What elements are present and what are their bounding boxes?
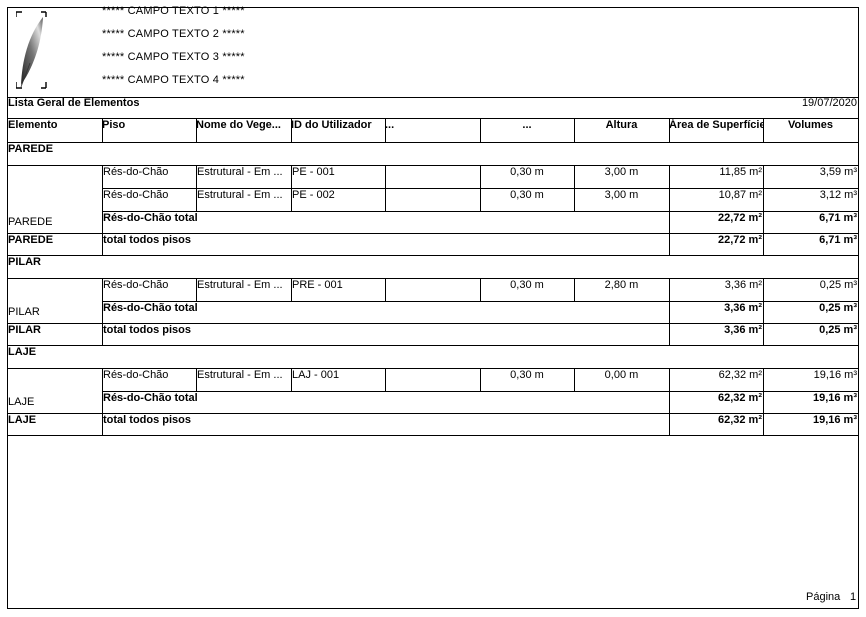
cell-espessura: 0,30 m: [480, 369, 574, 382]
cell-piso: Rés-do-Chão: [103, 166, 196, 179]
grand-total-area: 22,72 m²: [670, 234, 762, 247]
rule-line: [669, 165, 670, 189]
rule-line: [669, 391, 670, 414]
rule-line: [763, 118, 764, 143]
grand-total-label: total todos pisos: [103, 234, 191, 247]
cell-piso: Rés-do-Chão: [103, 279, 196, 292]
grand-total-area: 62,32 m²: [670, 414, 762, 427]
floor-total-label: Rés-do-Chão total: [103, 392, 198, 405]
rule-line: [763, 301, 764, 324]
cell-altura: 3,00 m: [574, 189, 669, 202]
rule-line: [763, 278, 764, 302]
rule-line: [480, 278, 481, 302]
column-header: Elemento: [8, 119, 102, 132]
floor-total-element: PAREDE: [8, 216, 52, 229]
page-label: Página: [806, 591, 840, 604]
cell-piso: Rés-do-Chão: [103, 189, 196, 202]
rule-line: [291, 165, 292, 189]
rule-line: [102, 413, 103, 436]
rule-line: [574, 165, 575, 189]
cell-piso: Rés-do-Chão: [103, 369, 196, 382]
page-number: 1: [850, 591, 856, 604]
header-text-field-3: ***** CAMPO TEXTO 3 *****: [102, 51, 245, 64]
rule-line: [385, 165, 386, 189]
floor-total-element: PILAR: [8, 306, 40, 319]
header-text-field-2: ***** CAMPO TEXTO 2 *****: [102, 28, 245, 41]
report-date: 19/07/2020: [700, 97, 857, 110]
rule-line: [763, 391, 764, 414]
rule-line: [763, 233, 764, 256]
rule-line: [669, 323, 670, 346]
cell-volume: 3,59 m³: [764, 166, 857, 179]
rule-line: [102, 233, 103, 256]
cell-nome: Estrutural - Em ...: [197, 166, 291, 179]
group-header: LAJE: [8, 346, 36, 359]
cell-volume: 3,12 m³: [764, 189, 857, 202]
rule-line: [669, 278, 670, 302]
column-header: Piso: [102, 119, 196, 132]
rule-line: [385, 118, 386, 143]
cell-id: PRE - 001: [292, 279, 385, 292]
rule-line: [385, 368, 386, 392]
rule-line: [196, 188, 197, 212]
column-header: Nome do Vege...: [196, 119, 291, 132]
rule-line: [102, 368, 103, 414]
grand-total-volume: 0,25 m³: [764, 324, 857, 337]
rule-line: [669, 118, 670, 143]
rule-line: [763, 413, 764, 436]
rule-line: [196, 118, 197, 143]
column-header: ...: [385, 119, 480, 132]
rule-line: [7, 142, 859, 143]
feather-quill-icon: [16, 11, 47, 89]
grand-total-volume: 6,71 m³: [764, 234, 857, 247]
rule-line: [763, 211, 764, 234]
rule-line: [669, 188, 670, 212]
rule-line: [669, 301, 670, 324]
column-header: ID do Utilizador: [291, 119, 385, 132]
rule-line: [669, 413, 670, 436]
rule-line: [291, 368, 292, 392]
cell-area: 10,87 m²: [670, 189, 762, 202]
column-header: ...: [480, 119, 574, 132]
cell-volume: 0,25 m³: [764, 279, 857, 292]
floor-total-area: 62,32 m²: [670, 392, 762, 405]
cell-espessura: 0,30 m: [480, 166, 574, 179]
rule-line: [763, 165, 764, 189]
cell-area: 3,36 m²: [670, 279, 762, 292]
rule-line: [291, 118, 292, 143]
rule-line: [196, 165, 197, 189]
rule-line: [480, 368, 481, 392]
cell-espessura: 0,30 m: [480, 189, 574, 202]
report-title: Lista Geral de Elementos: [8, 97, 139, 110]
rule-line: [574, 118, 575, 143]
rule-line: [763, 323, 764, 346]
grand-total-label: total todos pisos: [103, 414, 191, 427]
rule-line: [385, 188, 386, 212]
floor-total-element: LAJE: [8, 396, 34, 409]
column-header: Altura: [574, 119, 669, 132]
cell-altura: 2,80 m: [574, 279, 669, 292]
rule-line: [574, 278, 575, 302]
column-header: Área de Superfície: [669, 119, 763, 132]
floor-total-volume: 19,16 m³: [764, 392, 857, 405]
cell-altura: 0,00 m: [574, 369, 669, 382]
rule-line: [385, 278, 386, 302]
cell-espessura: 0,30 m: [480, 279, 574, 292]
grand-total-element: PILAR: [8, 324, 41, 337]
header-text-field-1: ***** CAMPO TEXTO 1 *****: [102, 5, 245, 18]
cell-nome: Estrutural - Em ...: [197, 279, 291, 292]
rule-line: [669, 211, 670, 234]
floor-total-area: 22,72 m²: [670, 212, 762, 225]
rule-line: [7, 345, 859, 346]
grand-total-element: LAJE: [8, 414, 36, 427]
rule-line: [291, 278, 292, 302]
rule-line: [7, 255, 859, 256]
rule-line: [669, 368, 670, 392]
grand-total-volume: 19,16 m³: [764, 414, 857, 427]
rule-line: [669, 233, 670, 256]
cell-volume: 19,16 m³: [764, 369, 857, 382]
grand-total-element: PAREDE: [8, 234, 53, 247]
rule-line: [102, 323, 103, 346]
rule-line: [102, 165, 103, 234]
floor-total-label: Rés-do-Chão total: [103, 302, 198, 315]
floor-total-label: Rés-do-Chão total: [103, 212, 198, 225]
rule-line: [763, 188, 764, 212]
rule-line: [480, 188, 481, 212]
rule-line: [196, 278, 197, 302]
floor-total-volume: 0,25 m³: [764, 302, 857, 315]
rule-line: [574, 188, 575, 212]
rule-line: [574, 368, 575, 392]
rule-line: [763, 368, 764, 392]
cell-id: PE - 002: [292, 189, 385, 202]
rule-line: [291, 188, 292, 212]
group-header: PAREDE: [8, 143, 53, 156]
rule-line: [480, 165, 481, 189]
cell-id: PE - 001: [292, 166, 385, 179]
rule-line: [196, 368, 197, 392]
rule-line: [480, 118, 481, 143]
cell-nome: Estrutural - Em ...: [197, 369, 291, 382]
column-header: Volumes: [763, 119, 858, 132]
rule-line: [7, 435, 859, 436]
rule-line: [102, 118, 103, 143]
header-text-field-4: ***** CAMPO TEXTO 4 *****: [102, 74, 245, 87]
grand-total-label: total todos pisos: [103, 324, 191, 337]
cell-area: 62,32 m²: [670, 369, 762, 382]
cell-area: 11,85 m²: [670, 166, 762, 179]
floor-total-volume: 6,71 m³: [764, 212, 857, 225]
group-header: PILAR: [8, 256, 41, 269]
floor-total-area: 3,36 m²: [670, 302, 762, 315]
grand-total-area: 3,36 m²: [670, 324, 762, 337]
rule-line: [102, 278, 103, 324]
cell-id: LAJ - 001: [292, 369, 385, 382]
cell-altura: 3,00 m: [574, 166, 669, 179]
cell-nome: Estrutural - Em ...: [197, 189, 291, 202]
